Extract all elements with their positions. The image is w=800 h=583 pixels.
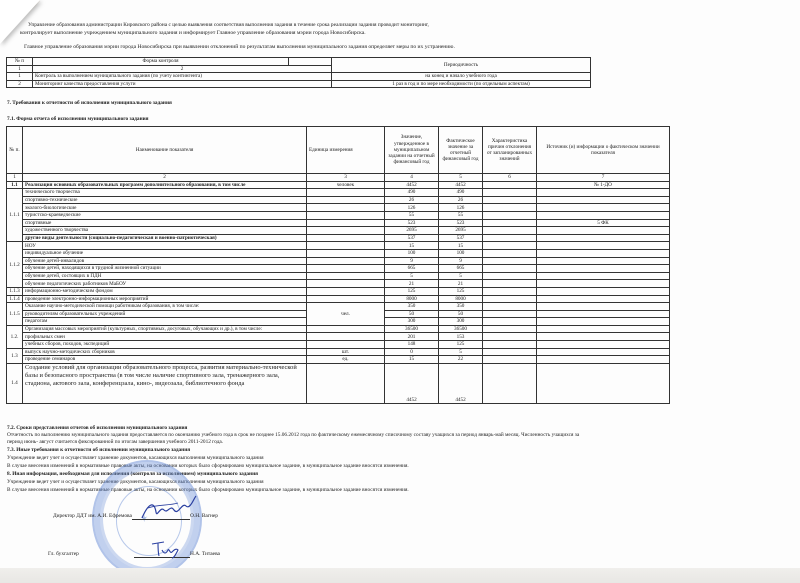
row-unit bbox=[307, 272, 385, 280]
row-reasons bbox=[483, 348, 537, 356]
control-row-period: на конец и начало учебного года bbox=[332, 73, 591, 81]
row-actual: 5 bbox=[439, 348, 483, 356]
row-approved: 21 bbox=[385, 280, 439, 288]
scanned-document-page: Управление образования администрации Кир… bbox=[0, 0, 800, 583]
row-name: обучение педагогических работников МаБОУ bbox=[23, 280, 307, 288]
row-source: 5 ФК bbox=[537, 219, 670, 227]
row-source bbox=[537, 196, 670, 204]
row-approved: 0 bbox=[385, 348, 439, 356]
table-row: туристско-краеведческие 55 55 bbox=[7, 211, 670, 219]
row-name: НОУ bbox=[23, 242, 307, 250]
table-row: 1.2. Организация массовых мероприятий (к… bbox=[7, 325, 670, 333]
row-name: проведение семинаров bbox=[23, 356, 307, 364]
row-actual: 4452 bbox=[439, 363, 483, 403]
row-reasons bbox=[483, 219, 537, 227]
table-row: 1.3 выпуск научно-методических сборников… bbox=[7, 348, 670, 356]
row-approved: 15 bbox=[385, 242, 439, 250]
row-unit bbox=[307, 189, 385, 197]
row-approved: 55 bbox=[385, 211, 439, 219]
row-actual: 55 bbox=[439, 211, 483, 219]
section-7-3-title: 7.3. Иные требования к отчетности об исп… bbox=[7, 447, 190, 454]
header-num: № п. bbox=[7, 127, 23, 174]
row-approved: 8000 bbox=[385, 295, 439, 303]
row-name: педагогам bbox=[23, 318, 307, 326]
row-num: 1.1.5 bbox=[7, 303, 23, 326]
row-actual: 36500 bbox=[439, 325, 483, 333]
table-row: художественного творчества 2695 2695 bbox=[7, 227, 670, 235]
row-actual: 9 bbox=[439, 257, 483, 265]
row-name: Организация массовых мероприятий (культу… bbox=[23, 325, 307, 333]
row-num: 1.1.3 bbox=[7, 287, 23, 295]
table-row: эколого-биологические 126 126 bbox=[7, 204, 670, 212]
row-approved: 50 bbox=[385, 310, 439, 318]
row-name: выпуск научно-методических сборников bbox=[23, 348, 307, 356]
row-reasons bbox=[483, 295, 537, 303]
row-unit bbox=[307, 265, 385, 273]
index-cell: 7 bbox=[537, 174, 670, 182]
row-source bbox=[537, 242, 670, 250]
row-name: другие виды деятельности (социально-педа… bbox=[23, 234, 307, 242]
control-row-form: Контроль за выполнением муниципального з… bbox=[33, 73, 332, 81]
row-name: Реализация основных образовательных прог… bbox=[23, 181, 307, 189]
section-8-paragraph-2: В случае внесения изменений в нормативны… bbox=[7, 487, 409, 494]
table-row: 1.1.5 Оказание научно-методической помощ… bbox=[7, 303, 670, 311]
row-source bbox=[537, 348, 670, 356]
row-actual: 125 bbox=[439, 341, 483, 349]
table-row: 1.4 Создание условий для организации обр… bbox=[7, 363, 670, 403]
row-actual: 2695 bbox=[439, 227, 483, 235]
row-num: 1.1.2 bbox=[7, 242, 23, 288]
row-actual: 5 bbox=[439, 272, 483, 280]
index-cell: 2 bbox=[23, 174, 307, 182]
row-reasons bbox=[483, 333, 537, 341]
row-reasons bbox=[483, 242, 537, 250]
row-source bbox=[537, 265, 670, 273]
row-approved: 15 bbox=[385, 356, 439, 364]
control-index-1: 1 bbox=[7, 65, 33, 73]
row-reasons bbox=[483, 196, 537, 204]
row-name: руководителям образовательных учреждений bbox=[23, 310, 307, 318]
row-approved: 26 bbox=[385, 196, 439, 204]
row-unit: человек bbox=[307, 181, 385, 189]
row-reasons bbox=[483, 310, 537, 318]
row-source bbox=[537, 257, 670, 265]
row-unit: чел. bbox=[307, 303, 385, 326]
row-reasons bbox=[483, 204, 537, 212]
section-7-1-title: 7.1. Форма отчета об исполнении муниципа… bbox=[7, 116, 149, 123]
row-unit bbox=[307, 333, 385, 341]
row-actual: 523 bbox=[439, 219, 483, 227]
row-unit bbox=[307, 196, 385, 204]
row-actual: 15 bbox=[439, 242, 483, 250]
row-source bbox=[537, 303, 670, 311]
control-index-2: 2 bbox=[33, 65, 332, 73]
row-unit bbox=[307, 363, 385, 403]
row-approved: 4452 bbox=[385, 181, 439, 189]
row-approved: 100 bbox=[385, 249, 439, 257]
row-num: 1.4 bbox=[7, 363, 23, 403]
row-source bbox=[537, 333, 670, 341]
row-source bbox=[537, 295, 670, 303]
header-actual: Фактическое значение за отчетный финансо… bbox=[439, 127, 483, 174]
row-actual: 22 bbox=[439, 356, 483, 364]
row-name: Создание условий для организации образов… bbox=[23, 363, 307, 403]
table-row: профильных смен 201 153 bbox=[7, 333, 670, 341]
row-name: Оказание научно-методической помощи рабо… bbox=[23, 303, 307, 311]
table-row: обучение педагогических работников МаБОУ… bbox=[7, 280, 670, 288]
row-unit: ед. bbox=[307, 356, 385, 364]
table-row: 1 Контроль за выполнением муниципального… bbox=[7, 73, 591, 81]
table-row: 1.1.2 НОУ 15 15 bbox=[7, 242, 670, 250]
control-table: № п Форма контроля Периодичность 1 2 1 К… bbox=[6, 57, 591, 88]
header-approved: Значение, утвержденное в муниципальном з… bbox=[385, 127, 439, 174]
row-name: информационно-методическим фондом bbox=[23, 287, 307, 295]
row-source bbox=[537, 287, 670, 295]
accountant-name: Н.А. Титаева bbox=[190, 551, 220, 558]
accountant-signature-icon bbox=[150, 538, 184, 560]
table-row: обучение детей-инвалидов 9 9 bbox=[7, 257, 670, 265]
table-row: 1.1.1 технического творчества 490 490 bbox=[7, 189, 670, 197]
index-cell: 1 bbox=[7, 174, 23, 182]
row-name: обучение детей, находящихся в трудной жи… bbox=[23, 265, 307, 273]
table-row: индивидуальное обучение 100 100 bbox=[7, 249, 670, 257]
control-header-empty bbox=[289, 58, 332, 66]
row-reasons bbox=[483, 341, 537, 349]
accountant-title: Гл. бухгалтер bbox=[48, 551, 79, 558]
index-cell: 6 bbox=[483, 174, 537, 182]
row-actual: 100 bbox=[439, 249, 483, 257]
row-actual: 537 bbox=[439, 234, 483, 242]
row-actual: 153 bbox=[439, 333, 483, 341]
row-source bbox=[537, 325, 670, 333]
table-row: 2 Мониторинг качества предоставления усл… bbox=[7, 80, 591, 88]
row-approved: 4452 bbox=[385, 363, 439, 403]
row-approved: 523 bbox=[385, 219, 439, 227]
header-reasons: Характеристика причин отклонения от запл… bbox=[483, 127, 537, 174]
control-row-form: Мониторинг качества предоставления услуг… bbox=[33, 80, 332, 88]
row-actual: 126 bbox=[439, 204, 483, 212]
table-row: обучение детей, находящихся в трудной жи… bbox=[7, 265, 670, 273]
row-unit bbox=[307, 242, 385, 250]
control-row-num: 2 bbox=[7, 80, 33, 88]
row-source: № 1-ДО bbox=[537, 181, 670, 189]
row-actual: 8000 bbox=[439, 295, 483, 303]
control-header-form: Форма контроля bbox=[33, 58, 289, 66]
row-actual: 665 bbox=[439, 265, 483, 273]
row-approved: 490 bbox=[385, 189, 439, 197]
row-reasons bbox=[483, 325, 537, 333]
row-source bbox=[537, 234, 670, 242]
row-num: 1.1.4 bbox=[7, 295, 23, 303]
row-actual: 21 bbox=[439, 280, 483, 288]
row-approved: 125 bbox=[385, 287, 439, 295]
row-unit bbox=[307, 204, 385, 212]
row-unit bbox=[307, 211, 385, 219]
row-actual: 350 bbox=[439, 303, 483, 311]
row-unit bbox=[307, 219, 385, 227]
table-row: учебных сборов, походов, экспедиций 148 … bbox=[7, 341, 670, 349]
header-name: Наименование показателя bbox=[23, 127, 307, 174]
row-unit bbox=[307, 280, 385, 288]
row-actual: 26 bbox=[439, 196, 483, 204]
row-name: обучение детей-инвалидов bbox=[23, 257, 307, 265]
row-actual: 300 bbox=[439, 318, 483, 326]
intro-line-3: Главное управление образования мэрии гор… bbox=[24, 44, 455, 51]
row-reasons bbox=[483, 363, 537, 403]
row-name: художественного творчества bbox=[23, 227, 307, 235]
row-unit bbox=[307, 249, 385, 257]
row-source bbox=[537, 211, 670, 219]
row-num: 1.3 bbox=[7, 348, 23, 363]
row-reasons bbox=[483, 257, 537, 265]
table-row: обучение детей, состоящих в ПДН 5 5 bbox=[7, 272, 670, 280]
row-reasons bbox=[483, 303, 537, 311]
row-approved: 2695 bbox=[385, 227, 439, 235]
director-signature-icon bbox=[138, 494, 198, 524]
row-reasons bbox=[483, 189, 537, 197]
row-reasons bbox=[483, 227, 537, 235]
table-row: 1.1.4 проведение электронно-информационн… bbox=[7, 295, 670, 303]
row-actual: 4452 bbox=[439, 181, 483, 189]
index-cell: 5 bbox=[439, 174, 483, 182]
row-reasons bbox=[483, 318, 537, 326]
row-reasons bbox=[483, 287, 537, 295]
table-row: 1.1 Реализация основных образовательных … bbox=[7, 181, 670, 189]
row-source bbox=[537, 318, 670, 326]
row-name: спортивно-технические bbox=[23, 196, 307, 204]
index-cell: 4 bbox=[385, 174, 439, 182]
row-unit bbox=[307, 227, 385, 235]
row-actual: 50 bbox=[439, 310, 483, 318]
table-row: проведение семинаров ед. 15 22 bbox=[7, 356, 670, 364]
row-actual: 125 bbox=[439, 287, 483, 295]
row-name: учебных сборов, походов, экспедиций bbox=[23, 341, 307, 349]
row-reasons bbox=[483, 234, 537, 242]
row-reasons bbox=[483, 265, 537, 273]
scan-bottom-edge bbox=[0, 568, 800, 583]
row-reasons bbox=[483, 356, 537, 364]
intro-line-2: контролирует выполнение учреждением муни… bbox=[20, 30, 366, 37]
control-header-period: Периодичность bbox=[332, 58, 591, 73]
section-7-2-paragraph-1: Отчетность по выполнению муниципального … bbox=[7, 432, 579, 439]
row-source bbox=[537, 341, 670, 349]
table-row: 1.1.3 информационно-методическим фондом … bbox=[7, 287, 670, 295]
header-unit: Единица измерения bbox=[307, 127, 385, 174]
row-source bbox=[537, 356, 670, 364]
row-reasons bbox=[483, 280, 537, 288]
row-approved: 5 bbox=[385, 272, 439, 280]
table-row: другие виды деятельности (социально-педа… bbox=[7, 234, 670, 242]
row-num: 1.1.1 bbox=[7, 189, 23, 242]
report-table: № п. Наименование показателя Единица изм… bbox=[6, 126, 670, 404]
row-unit bbox=[307, 234, 385, 242]
row-num: 1.1 bbox=[7, 181, 23, 189]
director-name: О.Н. Вагнер bbox=[190, 513, 218, 520]
row-name: индивидуальное обучение bbox=[23, 249, 307, 257]
section-7-2-paragraph-2: период июнь- август считается фиксирован… bbox=[7, 439, 223, 446]
row-source bbox=[537, 272, 670, 280]
row-unit bbox=[307, 341, 385, 349]
row-reasons bbox=[483, 272, 537, 280]
row-approved: 300 bbox=[385, 318, 439, 326]
row-source bbox=[537, 280, 670, 288]
row-approved: 126 bbox=[385, 204, 439, 212]
row-approved: 537 bbox=[385, 234, 439, 242]
row-approved: 665 bbox=[385, 265, 439, 273]
row-name: обучение детей, состоящих в ПДН bbox=[23, 272, 307, 280]
row-source bbox=[537, 363, 670, 403]
row-unit: шт. bbox=[307, 348, 385, 356]
index-cell: 3 bbox=[307, 174, 385, 182]
control-header-num: № п bbox=[7, 58, 33, 66]
row-name: профильных смен bbox=[23, 333, 307, 341]
row-reasons bbox=[483, 211, 537, 219]
row-unit bbox=[307, 325, 385, 333]
row-name: технического творчества bbox=[23, 189, 307, 197]
row-source bbox=[537, 310, 670, 318]
row-source bbox=[537, 227, 670, 235]
row-approved: 350 bbox=[385, 303, 439, 311]
row-unit bbox=[307, 295, 385, 303]
control-row-num: 1 bbox=[7, 73, 33, 81]
report-header-row: № п. Наименование показателя Единица изм… bbox=[7, 127, 670, 174]
row-name: туристско-краеведческие bbox=[23, 211, 307, 219]
row-source bbox=[537, 249, 670, 257]
section-7-title: 7. Требования к отчетности об исполнении… bbox=[7, 100, 172, 107]
row-name: спортивные bbox=[23, 219, 307, 227]
table-row: спортивно-технические 26 26 bbox=[7, 196, 670, 204]
row-source bbox=[537, 189, 670, 197]
row-unit bbox=[307, 287, 385, 295]
row-approved: 36500 bbox=[385, 325, 439, 333]
director-title: Директор ДДТ им. А.И. Ефремова bbox=[53, 513, 132, 520]
section-7-2-title: 7.2. Сроки представления отчетов об испо… bbox=[7, 425, 187, 432]
row-num: 1.2. bbox=[7, 325, 23, 348]
control-row-period: 1 раз в год и по мере необходимости (по … bbox=[332, 80, 591, 88]
section-7-3-paragraph-2: В случае внесения изменений в нормативны… bbox=[7, 463, 409, 470]
intro-line-1: Управление образования администрации Кир… bbox=[28, 22, 429, 29]
row-reasons bbox=[483, 181, 537, 189]
header-source: Источник (и) информации о фактическом зн… bbox=[537, 127, 670, 174]
row-reasons bbox=[483, 249, 537, 257]
row-unit bbox=[307, 257, 385, 265]
row-approved: 201 bbox=[385, 333, 439, 341]
row-name: проведение электронно-информационных мер… bbox=[23, 295, 307, 303]
table-row: спортивные 523 523 5 ФК bbox=[7, 219, 670, 227]
row-source bbox=[537, 204, 670, 212]
row-actual: 490 bbox=[439, 189, 483, 197]
report-index-row: 1 2 3 4 5 6 7 bbox=[7, 174, 670, 182]
row-name: эколого-биологические bbox=[23, 204, 307, 212]
row-approved: 9 bbox=[385, 257, 439, 265]
row-approved: 148 bbox=[385, 341, 439, 349]
